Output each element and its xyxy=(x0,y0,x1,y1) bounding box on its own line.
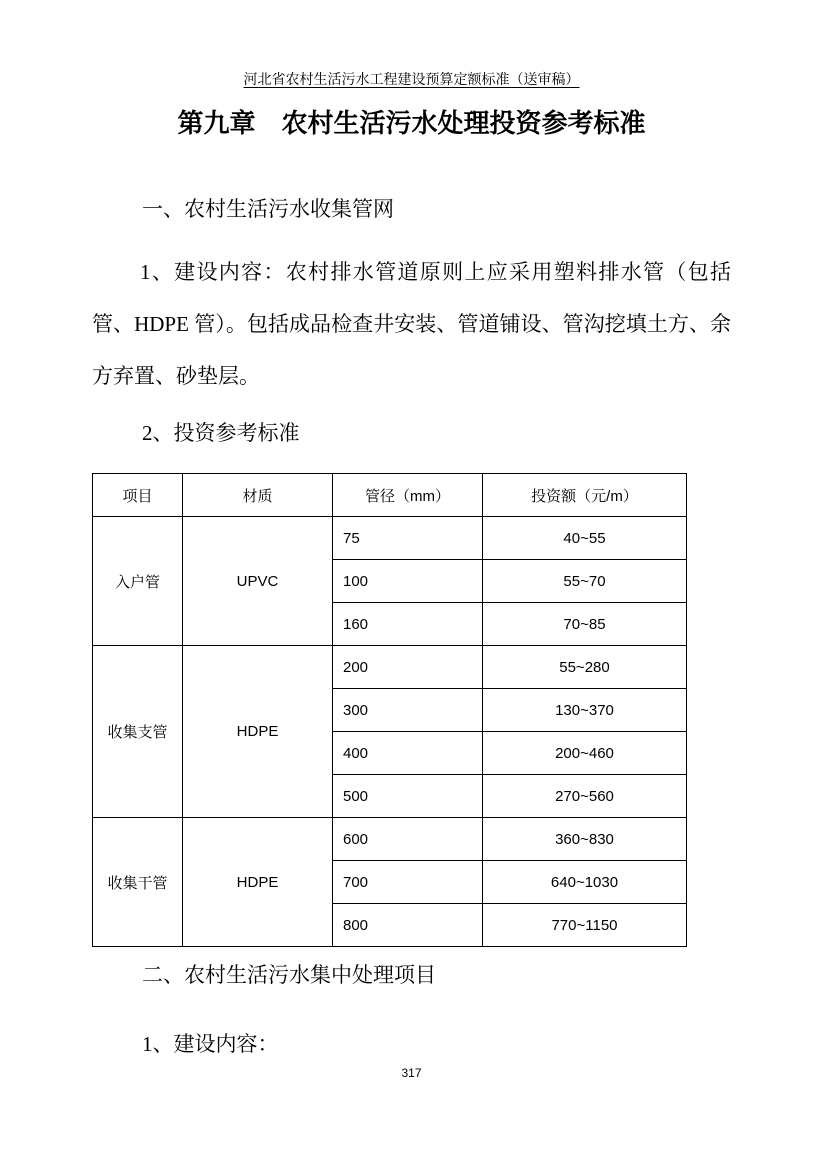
cell-diameter: 200 xyxy=(333,646,483,689)
column-header-investment: 投资额（元/m） xyxy=(483,474,687,517)
page-number: 317 xyxy=(0,1066,823,1080)
cell-diameter: 75 xyxy=(333,517,483,560)
section-2-heading: 二、农村生活污水集中处理项目 xyxy=(142,962,436,988)
cell-diameter: 400 xyxy=(333,732,483,775)
paragraph-line-2: 管、HDPE 管）。包括成品检查井安装、管道铺设、管沟挖填土方、余 xyxy=(92,298,731,350)
section-1-heading: 一、农村生活污水收集管网 xyxy=(142,196,394,222)
cell-diameter: 800 xyxy=(333,904,483,947)
column-header-project: 项目 xyxy=(93,474,183,517)
cell-investment: 55~70 xyxy=(483,560,687,603)
cell-project: 收集干管 xyxy=(93,818,183,947)
chapter-title: 第九章 农村生活污水处理投资参考标准 xyxy=(0,104,823,144)
table-row: 收集支管 HDPE 200 55~280 xyxy=(93,646,687,689)
paragraph-line-3: 方弃置、砂垫层。 xyxy=(92,350,731,402)
cell-investment: 40~55 xyxy=(483,517,687,560)
cell-material: UPVC xyxy=(183,517,333,646)
cell-diameter: 500 xyxy=(333,775,483,818)
cell-diameter: 600 xyxy=(333,818,483,861)
cell-diameter: 160 xyxy=(333,603,483,646)
cell-investment: 55~280 xyxy=(483,646,687,689)
section-1-subheading-2: 2、投资参考标准 xyxy=(142,420,300,446)
column-header-material: 材质 xyxy=(183,474,333,517)
table-header-row: 项目 材质 管径（mm） 投资额（元/m） xyxy=(93,474,687,517)
cell-investment: 640~1030 xyxy=(483,861,687,904)
cell-diameter: 100 xyxy=(333,560,483,603)
paragraph-line-1: 1、建设内容：农村排水管道原则上应采用塑料排水管（包括 PVC xyxy=(92,246,731,298)
cell-diameter: 300 xyxy=(333,689,483,732)
table-row: 收集干管 HDPE 600 360~830 xyxy=(93,818,687,861)
section-2-subheading-1: 1、建设内容： xyxy=(142,1031,279,1057)
cell-material: HDPE xyxy=(183,818,333,947)
cell-project: 收集支管 xyxy=(93,646,183,818)
cell-project: 入户管 xyxy=(93,517,183,646)
document-page: { "header": { "title": "河北省农村生活污水工程建设预算定… xyxy=(0,0,823,1165)
cell-investment: 270~560 xyxy=(483,775,687,818)
section-1-paragraph: 1、建设内容：农村排水管道原则上应采用塑料排水管（包括 PVC 管、HDPE 管… xyxy=(92,246,731,402)
cell-investment: 130~370 xyxy=(483,689,687,732)
cell-diameter: 700 xyxy=(333,861,483,904)
column-header-diameter: 管径（mm） xyxy=(333,474,483,517)
cell-material: HDPE xyxy=(183,646,333,818)
cell-investment: 770~1150 xyxy=(483,904,687,947)
running-header: 河北省农村生活污水工程建设预算定额标准（送审稿） xyxy=(0,71,823,91)
running-header-title: 河北省农村生活污水工程建设预算定额标准（送审稿） xyxy=(244,73,580,88)
investment-standard-table: 项目 材质 管径（mm） 投资额（元/m） 入户管 UPVC 75 40~55 … xyxy=(92,473,687,947)
cell-investment: 70~85 xyxy=(483,603,687,646)
table-row: 入户管 UPVC 75 40~55 xyxy=(93,517,687,560)
cell-investment: 360~830 xyxy=(483,818,687,861)
cell-investment: 200~460 xyxy=(483,732,687,775)
